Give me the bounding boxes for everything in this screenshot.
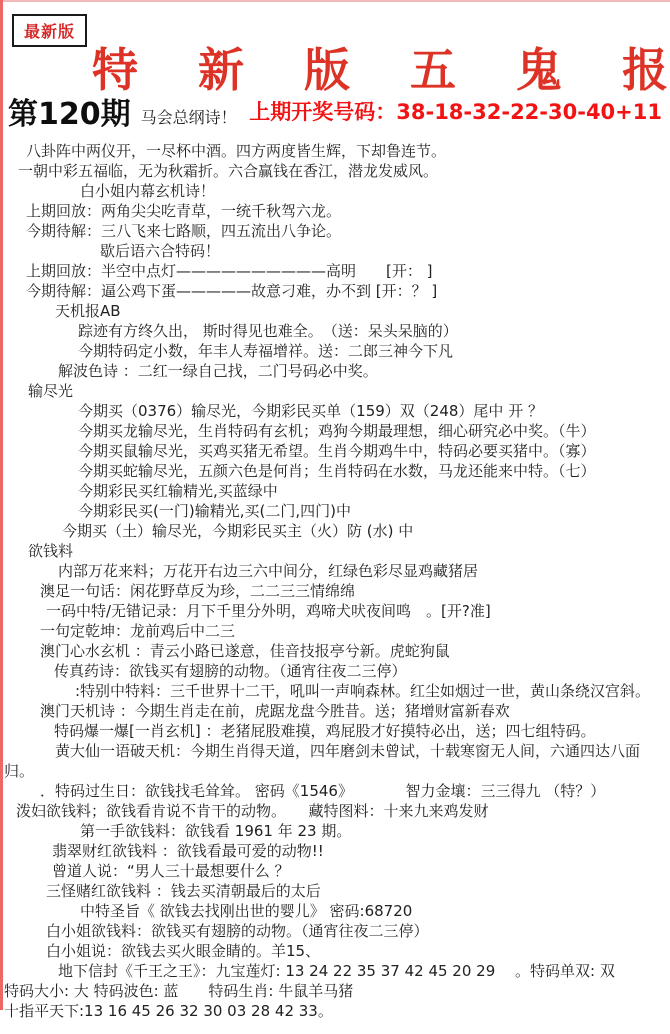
text-line: 欲钱料 (0, 541, 670, 561)
last-draw-numbers: 上期开奖号码：38-18-32-22-30-40+11 (249, 96, 662, 130)
text-line: 今期待解：逼公鸡下蛋—————故意刁难，办不到 [开：？ ] (0, 281, 670, 301)
text-line: 今期彩民买(一门)输精光,买(二门,四门)中 (0, 501, 670, 521)
text-line: 今期买龙输尽光，生肖特码有玄机；鸡狗今期最理想，细心研究必中奖。（牛） (0, 421, 670, 441)
text-line: 今期买（0376）输尽光，今期彩民买单（159）双（248）尾中 开 ？ (0, 401, 670, 421)
text-line: 曾道人说：“男人三十最想要什么 ？ (0, 861, 670, 881)
text-line: 第一手欲钱料：欲钱看 1961 年 23 期。 (0, 821, 670, 841)
text-line: 特码爆一爆[一肖玄机] ：老猪屁股难摸，鸡屁股才好摸特必出，送；四七组特码。 (0, 721, 670, 741)
text-line: 一朝中彩五福临，无为秋霜折。六合赢钱在香江，潜龙发威风。 (0, 161, 670, 181)
text-line: 黄大仙一语破天机：今期生肖得天道，四年磨剑未曾试，十载寒窗无人间，六通四达八面 (0, 741, 670, 761)
text-line: 中特圣旨《 欲钱去找刚出世的婴儿》 密码:68720 (0, 901, 670, 921)
text-line: 地下信封《千王之王》：九宝莲灯: 13 24 22 35 37 42 45 20… (0, 961, 670, 981)
text-line: 白小姐欲钱料：欲钱买有翅膀的动物。（通宵往夜二三停） (0, 921, 670, 941)
text-line: 今期买鼠输尽光，买鸡买猪无希望。生肖今期鸡牛中，特码必要买猪中。（寡） (0, 441, 670, 461)
issue-row: 第120期 马会总纲诗！ 上期开奖号码：38-18-32-22-30-40+11 (8, 96, 662, 130)
text-line: 一句定乾坤：龙前鸡后中二三 (0, 621, 670, 641)
body-lines: 八卦阵中两仪开，一尽杯中酒。四方两度皆生辉，下却鲁连节。一朝中彩五福临，无为秋霜… (0, 141, 670, 1021)
text-line: 一码中特/无错记录：月下千里分外明，鸡啼犬吠夜间鸣 。[开?准] (0, 601, 670, 621)
text-line: 十指平天下:13 16 45 26 32 30 03 28 42 33。 (0, 1001, 670, 1021)
text-line: 天机报AB (0, 301, 670, 321)
issue-number: 第120期 (8, 100, 131, 130)
text-line: 澳门心水玄机 ：青云小路已遂意，佳音技报亭兮新。虎蛇狗鼠 (0, 641, 670, 661)
text-line: 今期买（土）输尽光，今期彩民买主（火）防 (水) 中 (0, 521, 670, 541)
text-line: 澳足一句话：闲花野草反为珍，二二三三情绵绵 (0, 581, 670, 601)
text-line: 今期待解：三八飞来七路顺，四五流出八争论。 (0, 221, 670, 241)
text-line: 今期买蛇输尽光，五颜六色是何肖；生肖特码在水数，马龙还能来中特。（七） (0, 461, 670, 481)
text-line: 三怪赌红欲钱料 ：钱去买清朝最后的太后 (0, 881, 670, 901)
text-line: 歇后语六合特码！ (0, 241, 670, 261)
issue-subtitle: 马会总纲诗！ (141, 105, 237, 130)
text-line: 今期彩民买红输精光,买蓝绿中 (0, 481, 670, 501)
text-line: 踪迹有方终久出， 斯时得见也难全。 （送：呆头呆脑的） (0, 321, 670, 341)
text-line: 特码大小: 大 特码波色: 蓝 特码生肖: 牛鼠羊马猪 (0, 981, 670, 1001)
text-line: 翡翠财红欲钱料 ：欲钱看最可爱的动物!! (0, 841, 670, 861)
text-line: 上期回放：半空中点灯——————————高明 [开： ] (0, 261, 670, 281)
text-line: 白小姐内幕玄机诗！ (0, 181, 670, 201)
text-line: 八卦阵中两仪开，一尽杯中酒。四方两度皆生辉，下却鲁连节。 (0, 141, 670, 161)
text-line: 白小姐说：欲钱去买火眼金睛的。羊15、 (0, 941, 670, 961)
text-line: 归。 (0, 761, 670, 781)
text-line: 澳门天机诗 ：今期生肖走在前，虎踞龙盘今胜昔。送；猪增财富新春欢 (0, 701, 670, 721)
text-line: 上期回放：两角尖尖吃青草，一统千秋驾六龙。 (0, 201, 670, 221)
text-line: 输尽光 (0, 381, 670, 401)
text-line: :特别中特料：三千世界十二干，吼叫一声响森林。红尘如烟过一世，黄山条绕汉宫斜。 (0, 681, 670, 701)
top-accent-line (0, 0, 670, 2)
text-line: 今期特码定小数，年丰人寿福增祥。送：二郎三神今下凡 (0, 341, 670, 361)
text-line: 内部万花来料；万花开右边三六中间分，红绿色彩尽显鸡藏猪居 (0, 561, 670, 581)
text-line: 传真药诗：欲钱买有翅膀的动物。（通宵往夜二三停） (0, 661, 670, 681)
text-line: 解波色诗 ：二红一绿自己找，二门号码必中奖。 (0, 361, 670, 381)
latest-edition-badge: 最新版 (12, 14, 87, 47)
text-line: ．特码过生日：欲钱找毛耸耸。 密码《1546》 智力金壤：三三得九 （特？） (0, 781, 670, 801)
text-line: 泼妇欲钱料；欲钱看肯说不肯干的动物。 藏特图料：十来九来鸡发财 (0, 801, 670, 821)
page-title: 特 新 版 五 鬼 报 (92, 34, 670, 100)
